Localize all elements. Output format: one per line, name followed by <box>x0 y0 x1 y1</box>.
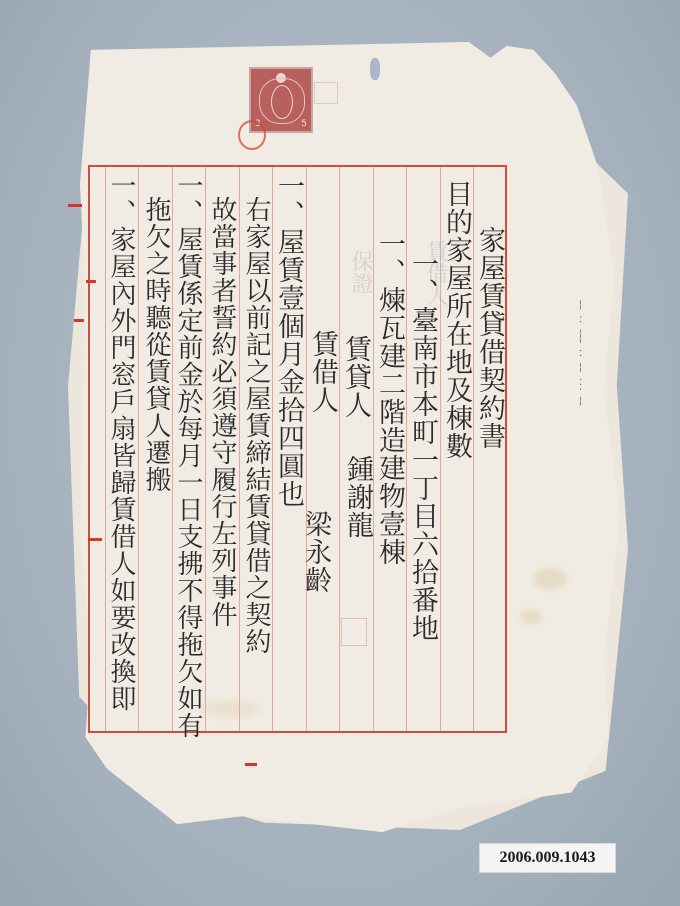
contract-intro-line-1: 右家屋以前記之屋賃締結賃貸借之契約 <box>242 196 269 655</box>
margin-annotation: ~~ ·· ~~~ ·· ~~ ··· ~~ <box>576 300 585 406</box>
ink-blot <box>370 58 380 80</box>
cancel-seal-icon <box>238 120 266 150</box>
clause-rent-payment: 一、屋賃係定前金於每月一日支拂不得拖欠如有 <box>175 172 200 739</box>
lessee-label: 賃借人 <box>309 330 336 414</box>
lessee-name: 梁永齡 <box>300 510 330 594</box>
column-rule <box>138 167 139 731</box>
clause-fixtures: 一、家屋內外門窓戶扇皆歸賃借人如要改換即 <box>108 172 133 712</box>
margin-tick <box>88 538 102 541</box>
property-location: 一、臺南市本町一丁目六拾番地 <box>409 250 436 642</box>
purpose-heading: 目的家屋所在地及棟數 <box>443 180 470 460</box>
bleed-through-text: 保證 <box>345 250 376 294</box>
column-rule <box>339 167 340 731</box>
faint-seal-icon <box>314 82 338 104</box>
building-description: 一、煉瓦建二階造建物壹棟 <box>376 230 403 566</box>
column-rule <box>306 167 307 731</box>
stain <box>520 610 542 624</box>
stamp-denomination-right: 5 <box>301 119 307 129</box>
column-rule <box>239 167 240 731</box>
stain <box>533 568 567 590</box>
margin-tick <box>86 280 96 283</box>
margin-tick <box>74 319 84 322</box>
margin-tick <box>68 204 82 207</box>
column-rule <box>205 167 206 731</box>
accession-number-label: 2006.009.1043 <box>479 843 616 873</box>
margin-tick <box>245 763 257 766</box>
clause-rent-default: 拖欠之時聽從賃貸人遷搬 <box>142 196 169 493</box>
name-seal-icon <box>341 618 367 646</box>
lessor-name: 鍾謝龍 <box>342 455 372 539</box>
stamp-oval <box>271 85 293 119</box>
rent-clause: 一、屋賃壹個月金拾四圓也 <box>275 172 302 508</box>
lessor-label: 賃貸人 <box>342 335 369 419</box>
document-title: 家屋賃貸借契約書 <box>476 226 503 450</box>
contract-intro-line-2: 故當事者誓約必須遵守履行左列事件 <box>208 196 235 628</box>
